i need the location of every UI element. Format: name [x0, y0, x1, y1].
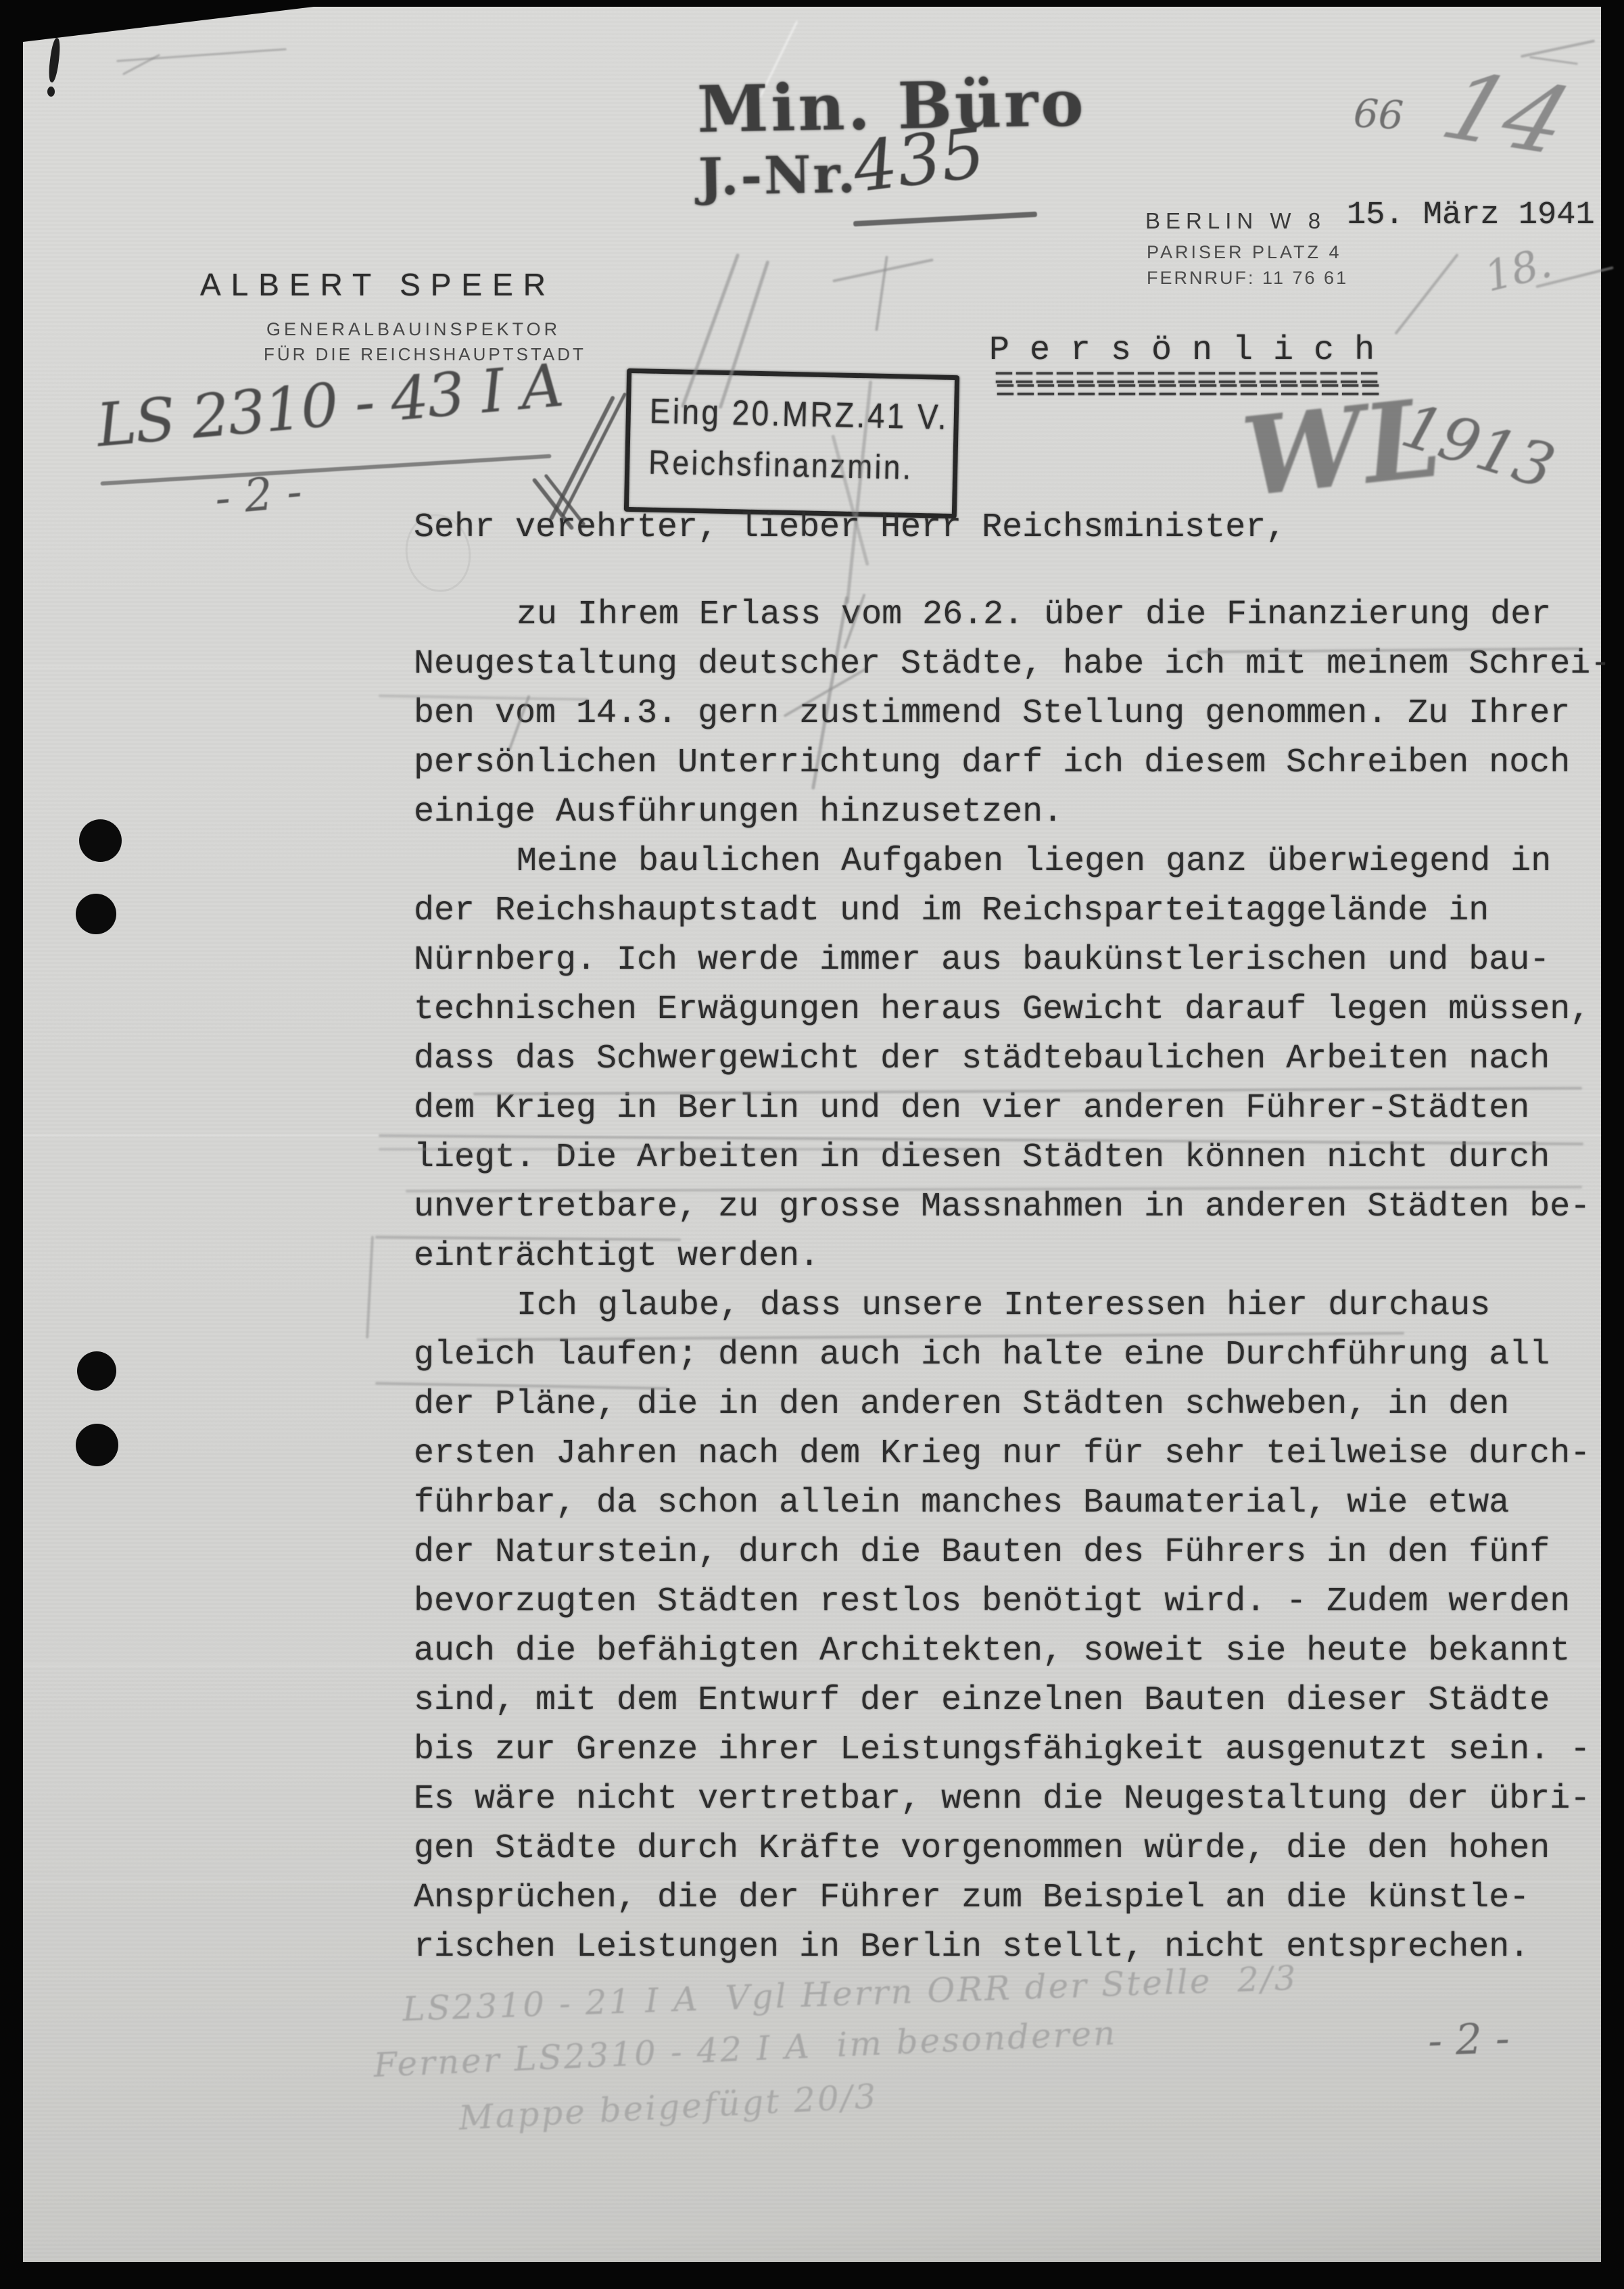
- body-line: ben vom 14.3. gern zustimmend Stellung g…: [414, 689, 1610, 738]
- pencil-underline: [379, 1148, 987, 1151]
- body-line: technischen Erwägungen heraus Gewicht da…: [414, 985, 1590, 1034]
- letterhead-name: ALBERT SPEER: [200, 266, 556, 303]
- body-line: rischen Leistungen in Berlin stellt, nic…: [414, 1923, 1590, 1972]
- punch-hole: [76, 894, 116, 934]
- punch-hole: [77, 1351, 116, 1391]
- footer-page-marker: - 2 -: [1427, 2013, 1510, 2065]
- letterhead-role-1: GENERALBAUINSPEKTOR: [266, 319, 560, 340]
- body-line: persönlichen Unterrichtung darf ich dies…: [414, 738, 1610, 788]
- paragraph-2: Meine baulichen Aufgaben liegen ganz übe…: [414, 837, 1590, 1281]
- paragraph-1: zu Ihrem Erlass vom 26.2. über die Finan…: [414, 590, 1610, 837]
- body-line: Neugestaltung deutscher Städte, habe ich…: [414, 640, 1610, 689]
- ink-mark: [47, 87, 55, 97]
- receipt-stamp: Eing 20.MRZ.41 V. Reichsfinanzmin.: [624, 368, 959, 519]
- body-line: ersten Jahren nach dem Krieg nur für seh…: [414, 1429, 1590, 1478]
- receipt-stamp-line2: Reichsfinanzmin.: [648, 443, 917, 487]
- body-line: bis zur Grenze ihrer Leistungsfähigkeit …: [414, 1725, 1590, 1775]
- punch-hole: [76, 1424, 118, 1466]
- sender-city: BERLIN W 8: [1145, 208, 1326, 234]
- body-line: Es wäre nicht vertretbar, wenn die Neuge…: [414, 1775, 1590, 1824]
- body-line: bevorzugten Städten restlos benötigt wir…: [414, 1577, 1590, 1627]
- document-scan: Min. Büro J.-Nr. 435 66 14 ALBERT SPEER …: [0, 0, 1624, 2289]
- jnr-number-handwritten: 435: [849, 113, 989, 209]
- body-line: Nürnberg. Ich werde immer aus baukünstle…: [414, 936, 1590, 985]
- sender-phone: FERNRUF: 11 76 61: [1147, 268, 1348, 289]
- body-line: sind, mit dem Entwurf der einzelnen Baut…: [414, 1676, 1590, 1725]
- body-line: Meine baulichen Aufgaben liegen ganz übe…: [414, 837, 1590, 886]
- body-line: dass das Schwergewicht der städtebaulich…: [414, 1034, 1590, 1084]
- body-line: einige Ausführungen hinzusetzen.: [414, 788, 1610, 837]
- salutation: Sehr verehrter, lieber Herr Reichsminist…: [414, 503, 1286, 552]
- paragraph-3: Ich glaube, dass unsere Interessen hier …: [414, 1281, 1590, 1972]
- body-line: zu Ihrem Erlass vom 26.2. über die Finan…: [414, 590, 1610, 640]
- body-line: auch die befähigten Architekten, soweit …: [414, 1627, 1590, 1676]
- copy-mark-handwritten: - 2 -: [213, 466, 304, 525]
- punch-hole: [79, 819, 122, 862]
- body-line: Ansprüchen, die der Führer zum Beispiel …: [414, 1873, 1590, 1923]
- receipt-stamp-line1: Eing 20.MRZ.41 V.: [649, 391, 917, 437]
- letter-date: 15. März 1941: [1347, 197, 1595, 233]
- folio-number-small: 66: [1352, 90, 1404, 139]
- body-line: führbar, da schon allein manches Baumate…: [414, 1478, 1590, 1528]
- sender-street: PARISER PLATZ 4: [1147, 242, 1342, 263]
- body-line: der Reichshauptstadt und im Reichspartei…: [414, 886, 1590, 936]
- body-line: Ich glaube, dass unsere Interessen hier …: [414, 1281, 1590, 1330]
- body-line: gen Städte durch Kräfte vorgenommen würd…: [414, 1824, 1590, 1873]
- body-line: der Naturstein, durch die Bauten des Füh…: [414, 1528, 1590, 1577]
